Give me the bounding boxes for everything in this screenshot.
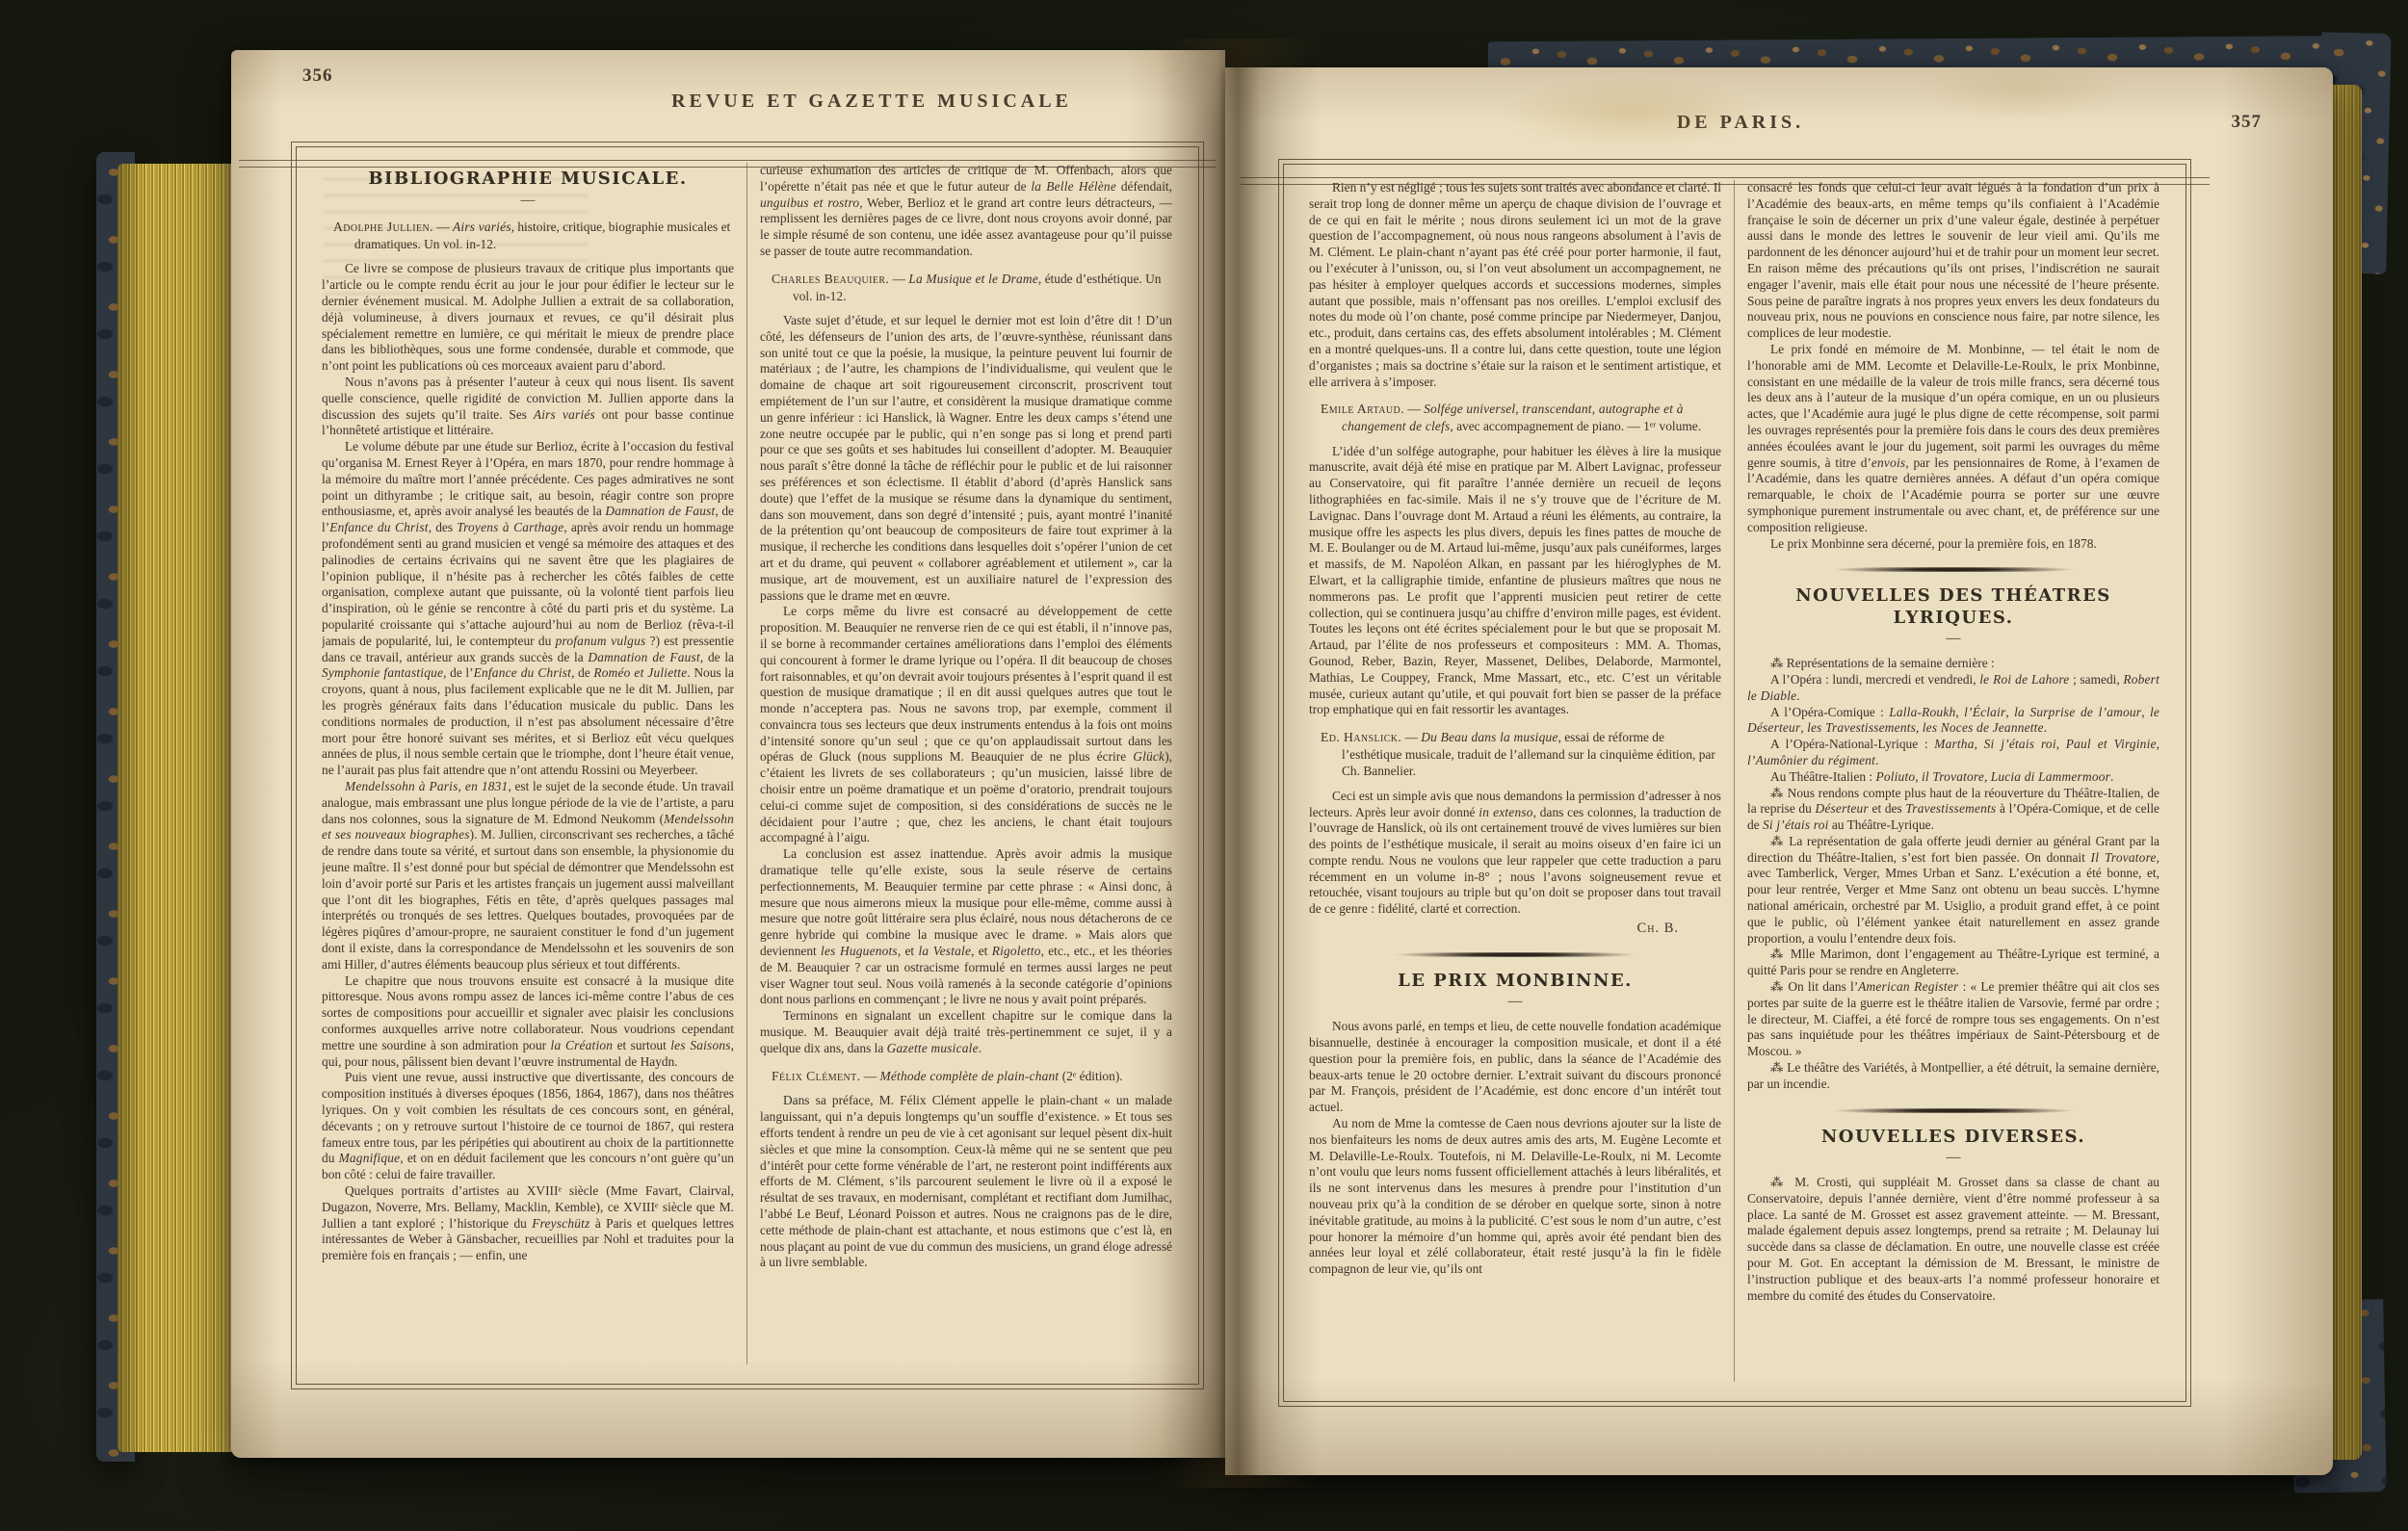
paragraph: ⁂ Représentations de la semaine dernière… — [1747, 656, 2159, 672]
running-title: DE PARIS. — [1596, 112, 1885, 134]
paragraph: Ceci est un simple avis que nous demando… — [1309, 789, 1721, 918]
paragraph: A l’Opéra-Comique : Lalla-Roukh, l’Éclai… — [1747, 705, 2159, 738]
paragraph: La conclusion est assez inattendue. Aprè… — [760, 846, 1172, 1008]
text-column: consacré les fonds que celui-ci leur ava… — [1747, 180, 2159, 1382]
paragraph: ⁂ Nous rendons compte plus haut de la ré… — [1747, 786, 2159, 834]
section-title: NOUVELLES DES THÉATRES LYRIQUES. — [1747, 585, 2159, 629]
column-divider-rule — [1734, 180, 1735, 1382]
dash-separator: — — [1309, 994, 1721, 1010]
text-frame: Rien n’y est négligé ; tous les sujets s… — [1278, 159, 2191, 1407]
paragraph: ⁂ La représentation de gala offerte jeud… — [1747, 834, 2159, 947]
paragraph: Au nom de Mme la comtesse de Caen nous d… — [1309, 1116, 1721, 1278]
book-entry-heading: Charles Beauquier. — La Musique et le Dr… — [760, 271, 1172, 304]
paragraph: Le prix fondé en mémoire de M. Monbinne,… — [1747, 342, 2159, 536]
paragraph: A l’Opéra-National-Lyrique : Martha, Si … — [1747, 737, 2159, 769]
paragraph: L’idée d’un solfége autographe, pour hab… — [1309, 444, 1721, 719]
book-entry-heading: Emile Artaud. — Solfége universel, trans… — [1309, 401, 1721, 434]
section-title: BIBLIOGRAPHIE MUSICALE. — [322, 169, 734, 191]
book-entry-heading: Adolphe Jullien. — Airs variés, histoire… — [322, 219, 734, 252]
left-page: 356 REVUE ET GAZETTE MUSICALE BIBLIOGRAP… — [231, 50, 1225, 1458]
dash-separator: — — [1747, 631, 2159, 647]
paragraph: ⁂ M. Crosti, qui suppléait M. Grosset da… — [1747, 1175, 2159, 1304]
signature: Ch. B. — [1309, 921, 1721, 937]
text-column: Rien n’y est négligé ; tous les sujets s… — [1309, 180, 1721, 1382]
paragraph: Dans sa préface, M. Félix Clément appell… — [760, 1093, 1172, 1271]
text-frame-inner: BIBLIOGRAPHIE MUSICALE.—Adolphe Jullien.… — [296, 146, 1199, 1385]
dash-separator: — — [1747, 1150, 2159, 1166]
section-title: LE PRIX MONBINNE. — [1309, 971, 1721, 993]
right-page: 357 DE PARIS. Rien n’y est négligé ; tou… — [1225, 67, 2333, 1475]
section-divider — [1790, 567, 2117, 572]
paragraph: ⁂ Le théâtre des Variétés, à Montpellier… — [1747, 1060, 2159, 1093]
text-frame-inner: Rien n’y est négligé ; tous les sujets s… — [1283, 164, 2186, 1402]
text-column: curieuse exhumation des articles de crit… — [760, 163, 1172, 1364]
photograph-background: 356 REVUE ET GAZETTE MUSICALE BIBLIOGRAP… — [0, 0, 2408, 1531]
paragraph: Quelques portraits d’artistes au XVIIIᵉ … — [322, 1183, 734, 1264]
book-entry-heading: Félix Clément. — Méthode complète de pla… — [760, 1068, 1172, 1085]
paragraph-continuation: consacré les fonds que celui-ci leur ava… — [1747, 180, 2159, 342]
text-frame: BIBLIOGRAPHIE MUSICALE.—Adolphe Jullien.… — [291, 142, 1204, 1389]
paragraph: Puis vient une revue, aussi instructive … — [322, 1070, 734, 1183]
paragraph: Le prix Monbinne sera décerné, pour la p… — [1747, 536, 2159, 553]
paragraph: Rien n’y est négligé ; tous les sujets s… — [1309, 180, 1721, 390]
section-title: NOUVELLES DIVERSES. — [1747, 1127, 2159, 1149]
paragraph: ⁂ Mlle Marimon, dont l’engagement au Thé… — [1747, 947, 2159, 979]
paragraph: A l’Opéra : lundi, mercredi et vendredi,… — [1747, 672, 2159, 705]
paragraph: Ce livre se compose de plusieurs travaux… — [322, 261, 734, 375]
paragraph: ⁂ On lit dans l’American Register : « Le… — [1747, 979, 2159, 1060]
dash-separator: — — [322, 193, 734, 209]
paragraph: Le volume débute par une étude sur Berli… — [322, 439, 734, 779]
section-divider — [1351, 952, 1679, 957]
paragraph: Mendelssohn à Paris, en 1831, est le suj… — [322, 779, 734, 973]
column-divider-rule — [746, 163, 747, 1364]
paragraph: Le chapitre que nous trouvons ensuite es… — [322, 973, 734, 1071]
section-divider — [1790, 1108, 2117, 1113]
page-number: 357 — [2232, 112, 2263, 133]
paragraph: Au Théâtre-Italien : Poliuto, il Trovato… — [1747, 769, 2159, 786]
paragraph: Terminons en signalant un excellent chap… — [760, 1008, 1172, 1056]
running-title: REVUE ET GAZETTE MUSICALE — [631, 91, 1112, 113]
paragraph-continuation: curieuse exhumation des articles de crit… — [760, 163, 1172, 260]
paragraph: Nous n’avons pas à présenter l’auteur à … — [322, 375, 734, 439]
paragraph: Le corps même du livre est consacré au d… — [760, 604, 1172, 846]
paragraph: Nous avons parlé, en temps et lieu, de c… — [1309, 1019, 1721, 1116]
paragraph: Vaste sujet d’étude, et sur lequel le de… — [760, 313, 1172, 604]
page-number: 356 — [302, 65, 333, 87]
book-entry-heading: Ed. Hanslick. — Du Beau dans la musique,… — [1309, 729, 1721, 780]
text-column: BIBLIOGRAPHIE MUSICALE.—Adolphe Jullien.… — [322, 163, 734, 1364]
